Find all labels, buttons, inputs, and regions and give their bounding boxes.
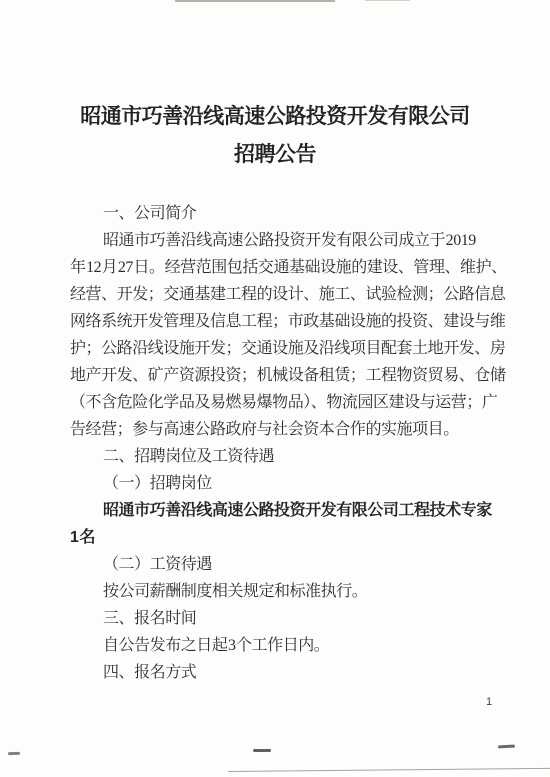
body-line: （不含危险化学品及易燃易爆物品）、物流园区建设与运营；广	[70, 389, 500, 416]
body-line: 年 12 月 27 日。经营范围包括交通基础设施的建设、管理、维护、	[70, 254, 500, 281]
position-title: 昭通市巧善沿线高速公路投资开发有限公司工程技术专家	[70, 497, 500, 524]
heading-company-intro: 一、公司简介	[70, 200, 500, 227]
subheading-salary: （二）工资待遇	[70, 551, 500, 578]
heading-registration-time: 三、报名时间	[70, 605, 500, 632]
scan-edge-artifact-bottom	[228, 768, 550, 772]
body-line: 网络系统开发管理及信息工程；市政基础设施的投资、建设与维	[70, 308, 500, 335]
body-line: 告经营；参与高速公路政府与社会资本合作的实施项目。	[70, 416, 500, 443]
body-line: 地产开发、矿产资源投资；机械设备租赁；工程物资贸易、仓储	[70, 362, 500, 389]
document-title-line-2: 招聘公告	[0, 136, 550, 174]
scan-dash-artifact-bottom-middle	[253, 749, 271, 752]
body-line: 护；公路沿线设施开发；交通设施及沿线项目配套土地开发、房	[70, 335, 500, 362]
scanned-document-page: 昭通市巧善沿线高速公路投资开发有限公司 招聘公告 一、公司简介 昭通市巧善沿线高…	[0, 0, 550, 777]
position-headcount: 1 名	[70, 524, 500, 551]
registration-time-detail: 自公告发布之日起 3 个工作日内。	[70, 632, 500, 659]
subheading-position: （一）招聘岗位	[70, 470, 500, 497]
heading-registration-method: 四、报名方式	[70, 659, 500, 686]
body-line: 经营、开发；交通基建工程的设计、施工、试验检测；公路信息	[70, 281, 500, 308]
heading-positions-salary: 二、招聘岗位及工资待遇	[70, 443, 500, 470]
scan-edge-artifact-top	[175, 0, 335, 2]
scan-dash-artifact-bottom-left	[8, 752, 20, 755]
page-number: 1	[486, 696, 492, 708]
salary-detail: 按公司薪酬制度相关规定和标准执行。	[70, 578, 500, 605]
document-body: 一、公司简介 昭通市巧善沿线高速公路投资开发有限公司成立于 2019 年 12 …	[70, 200, 500, 686]
body-line: 昭通市巧善沿线高速公路投资开发有限公司成立于 2019	[70, 227, 500, 254]
document-title-line-1: 昭通市巧善沿线高速公路投资开发有限公司	[0, 98, 550, 136]
document-title: 昭通市巧善沿线高速公路投资开发有限公司 招聘公告	[0, 98, 550, 174]
scan-edge-artifact-top-2	[365, 0, 410, 1]
scan-dash-artifact-bottom-right	[498, 745, 515, 748]
